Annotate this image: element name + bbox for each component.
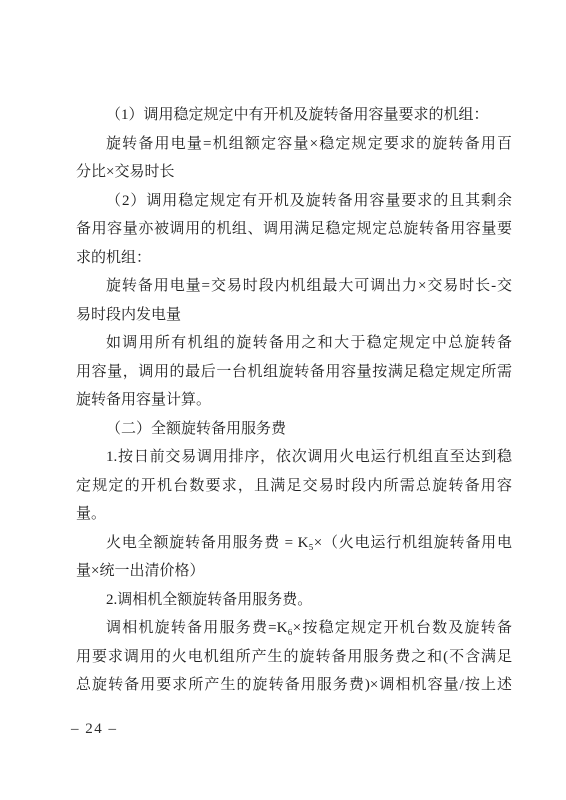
text-line: 总旋转备用要求所产生的旋转备用服务费)×调相机容量/按上述 — [76, 671, 512, 700]
text-line: （二）全额旋转备用服务费 — [76, 415, 512, 444]
text-line: 旋转备用电量=交易时段内机组最大可调出力×交易时长-交 — [76, 272, 512, 301]
text-line: （2）调用稳定规定有开机及旋转备用容量要求的且其剩余 — [76, 187, 512, 216]
text-line: 求的机组： — [76, 244, 512, 273]
text-line: 量。 — [76, 500, 512, 529]
text-line: 旋转备用电量=机组额定容量×稳定规定要求的旋转备用百 — [76, 130, 512, 159]
document-page: （1）调用稳定规定中有开机及旋转备用容量要求的机组：旋转备用电量=机组额定容量×… — [0, 0, 566, 800]
text-line: 用容量，调用的最后一台机组旋转备用容量按满足稳定规定所需 — [76, 358, 512, 387]
text-line: 调相机旋转备用服务费=K₆×按稳定规定开机台数及旋转备 — [76, 614, 512, 643]
text-line: 用要求调用的火电机组所产生的旋转备用服务费之和(不含满足 — [76, 643, 512, 672]
text-line: 备用容量亦被调用的机组、调用满足稳定规定总旋转备用容量要 — [76, 215, 512, 244]
page-number: – 24 – — [71, 718, 118, 740]
text-line: 火电全额旋转备用服务费 = K₅×（火电运行机组旋转备用电 — [76, 529, 512, 558]
text-line: 1.按日前交易调用排序，依次调用火电运行机组直至达到稳 — [76, 443, 512, 472]
text-line: （1）调用稳定规定中有开机及旋转备用容量要求的机组： — [76, 101, 512, 130]
text-line: 量×统一出清价格） — [76, 557, 512, 586]
text-line: 2.调相机全额旋转备用服务费。 — [76, 586, 512, 615]
text-line: 分比×交易时长 — [76, 158, 512, 187]
text-line: 如调用所有机组的旋转备用之和大于稳定规定中总旋转备 — [76, 329, 512, 358]
text-line: 定规定的开机台数要求，且满足交易时段内所需总旋转备用容 — [76, 472, 512, 501]
document-body: （1）调用稳定规定中有开机及旋转备用容量要求的机组：旋转备用电量=机组额定容量×… — [76, 101, 512, 700]
text-line: 旋转备用容量计算。 — [76, 386, 512, 415]
text-line: 易时段内发电量 — [76, 301, 512, 330]
